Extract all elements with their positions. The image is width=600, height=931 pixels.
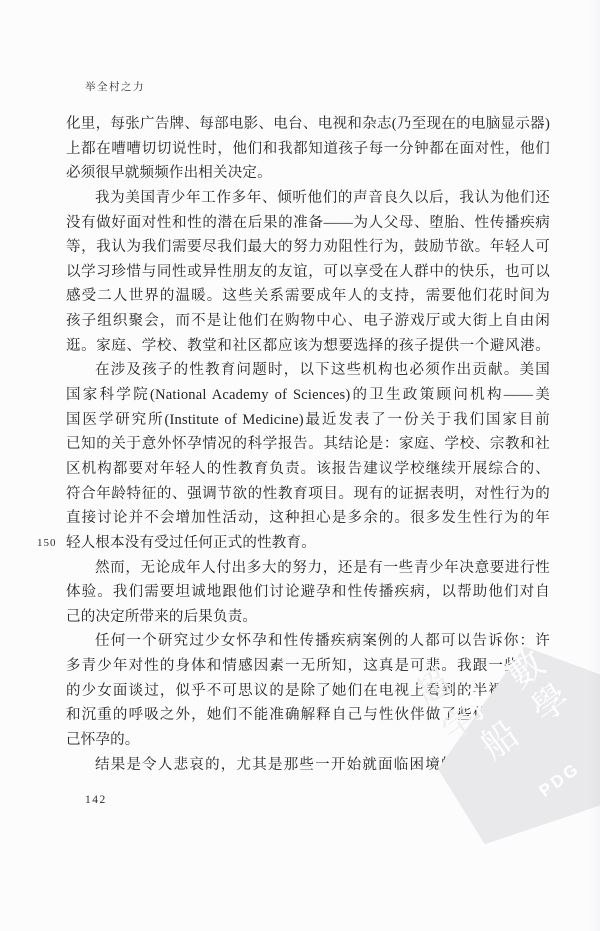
text-line: 化里，每张广告牌、每部电影、电台、电视和杂志(乃至现在的电脑显示器) (66, 112, 550, 137)
text-line: 孩子组织聚会，而不是让他们在购物中心、电子游戏厅或大街上自由闲 (66, 309, 550, 334)
text-line: 我为美国青少年工作多年、倾听他们的声音良久以后，我认为他们还 (66, 186, 550, 211)
text-line: 轻人根本没有受过任何正式的性教育。 (66, 531, 550, 556)
text-line: 直接讨论并不会增加性活动，这种担心是多余的。很多发生性行为的年 (66, 506, 550, 531)
text-line: 体验。我们需要坦诚地跟他们讨论避孕和性传播疾病，以帮助他们对自 (66, 580, 550, 605)
text-line: 然而，无论成年人付出多大的努力，还是有一些青少年决意要进行性 (66, 556, 550, 581)
text-line: 符合年龄特征的、强调节欲的性教育项目。现有的证据表明，对性行为的 (66, 482, 550, 507)
scan-edge-shading (588, 0, 600, 931)
text-line: 多青少年对性的身体和情感因素一无所知，这真是可悲。我跟一些怀孕 (66, 654, 550, 679)
text-line: 逛。家庭、学校、教堂和社区都应该为想要选择的孩子提供一个避风港。 (66, 334, 550, 359)
text-line: 以学习珍惜与同性或异性朋友的友谊，可以享受在人群中的快乐，也可以 (66, 260, 550, 285)
text-line: 已知的关于意外怀孕情况的科学报告。其结论是：家庭、学校、宗教和社 (66, 432, 550, 457)
text-line: 己的决定所带来的后果负责。 (66, 605, 550, 630)
text-line: 等，我认为我们需要尽我们最大的努力劝阻性行为，鼓励节欲。年轻人可 (66, 235, 550, 260)
running-header: 举全村之力 (85, 79, 145, 94)
scanned-book-page: 举全村之力 150 化里，每张广告牌、每部电影、电台、电视和杂志(乃至现在的电脑… (0, 0, 600, 931)
page-number: 142 (85, 794, 107, 806)
text-line: 区机构都要对年轻人的性教育负责。该报告建议学校继续开展综合的、 (66, 457, 550, 482)
text-line: 必须很早就频频作出相关决定。 (66, 161, 550, 186)
text-line: 任何一个研究过少女怀孕和性传播疾病案例的人都可以告诉你：许 (66, 629, 550, 654)
margin-note: 150 (37, 537, 57, 549)
text-line: 上都在嘈嘈切切说性时，他们和我都知道孩子每一分钟都在面对性，他们 (66, 137, 550, 162)
text-line: 在涉及孩子的性教育问题时，以下这些机构也必须作出贡献。美国 (66, 358, 550, 383)
text-line: 没有做好面对性和性的潜在后果的准备——为人父母、堕胎、性传播疾病 (66, 211, 550, 236)
text-line: 国医学研究所(Institute of Medicine)最近发表了一份关于我们… (66, 408, 550, 433)
text-line: 国家科学院(National Academy of Sciences)的卫生政策… (66, 383, 550, 408)
text-line: 感受二人世界的温暖。这些关系需要成年人的支持，需要他们花时间为 (66, 284, 550, 309)
body-text: 化里，每张广告牌、每部电影、电台、电视和杂志(乃至现在的电脑显示器) 上都在嘈嘈… (66, 112, 550, 777)
